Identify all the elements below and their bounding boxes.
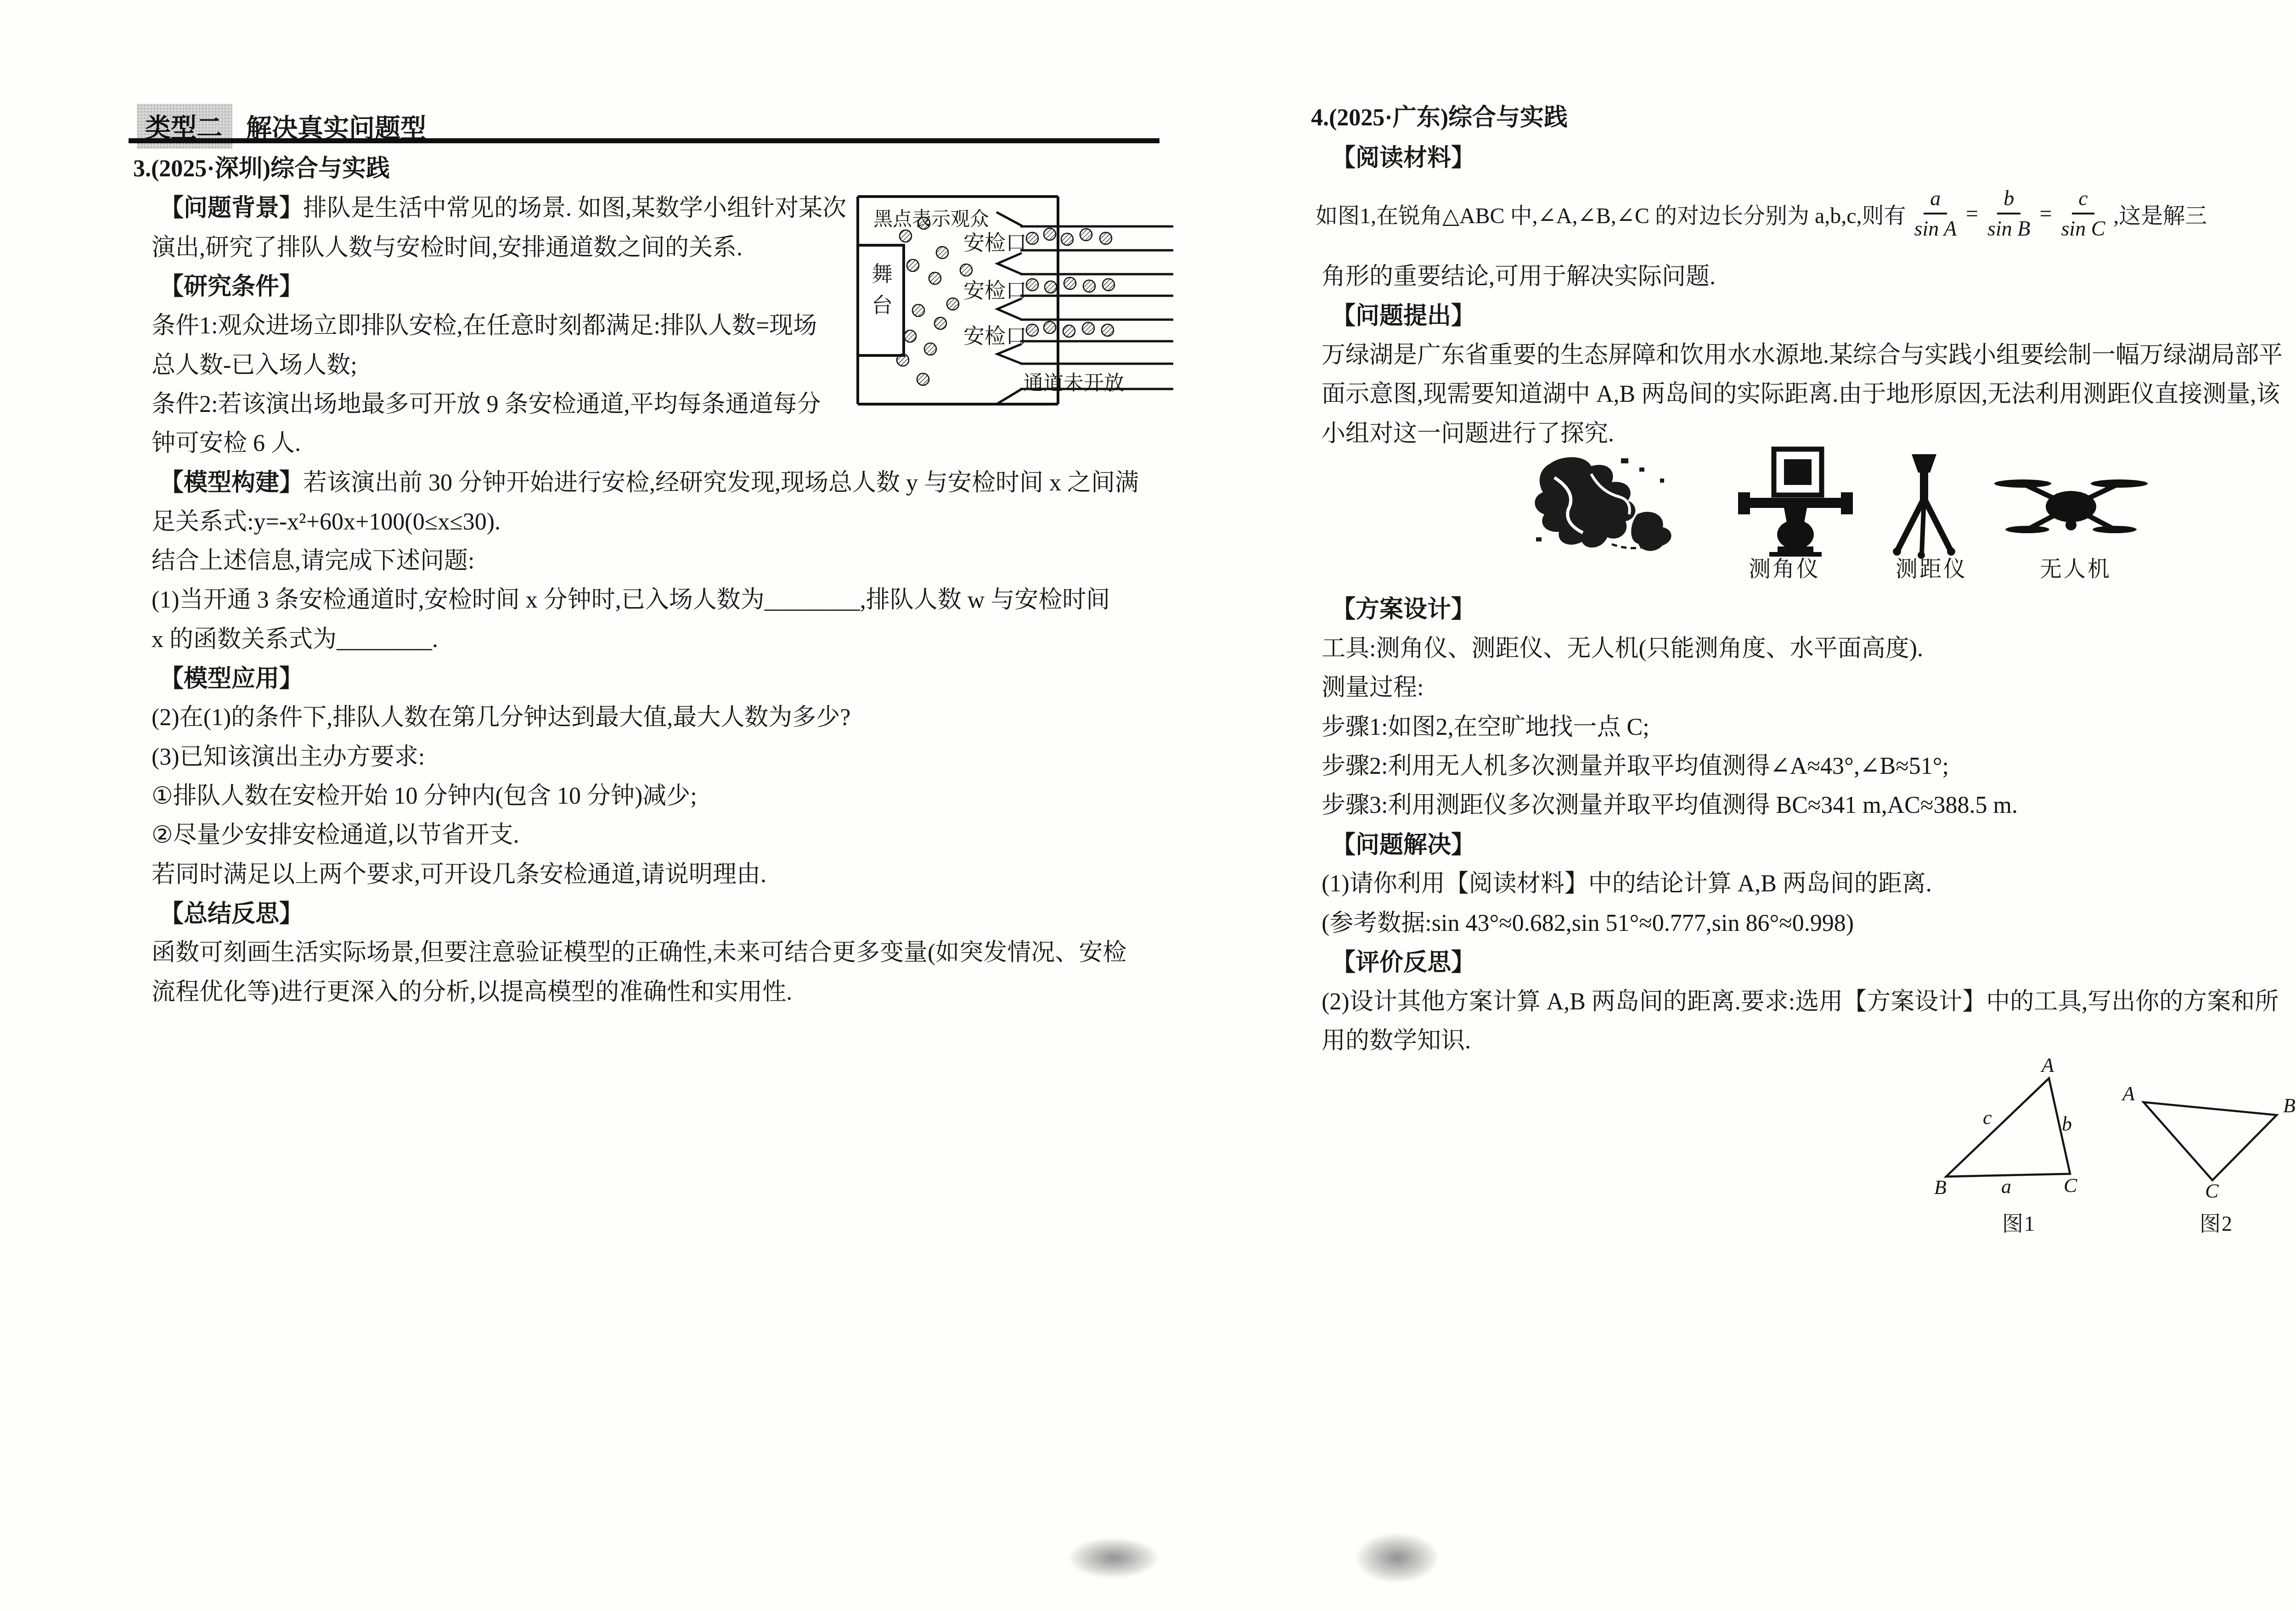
formula-line: 足关系式:y=-x²+60x+100(0≤x≤30).: [152, 507, 501, 537]
text-line: 若同时满足以上两个要求,可开设几条安检通道,请说明理由.: [152, 860, 766, 890]
lake-map-image: [1522, 450, 1706, 558]
text: 若该演出前 30 分钟开始进行安检,经研究发现,现场总人数 y 与安检时间 x …: [303, 470, 1139, 496]
distance-meter-label: 测距仪: [1896, 551, 1967, 583]
requirement-1-line: ①排队人数在安检开始 10 分钟内(包含 10 分钟)减少;: [152, 782, 697, 811]
text-line: 条件2:若该演出场地最多可开放 9 条安检通道,平均每条通道每分: [152, 390, 821, 419]
problem-solving-label: 【问题解决】: [1332, 830, 1475, 860]
question-1-line: (1)当开通 3 条安检通道时,安检时间 x 分钟时,已入场人数为_______…: [152, 586, 1110, 615]
question-1-continued: x 的函数关系式为________.: [152, 625, 438, 654]
figure-2-triangle: A B C: [2108, 1070, 2296, 1199]
vertex-A-label: A: [2121, 1082, 2135, 1105]
text-line: 演出,研究了排队人数与安检时间,安排通道数之间的关系.: [152, 233, 743, 263]
text-line: 小组对这一问题进行了探究.: [1322, 419, 1614, 449]
vertex-C-label: C: [2205, 1180, 2219, 1199]
scan-smudge: [1070, 1538, 1157, 1577]
text-line: 函数可刻画生活实际场景,但要注意验证模型的正确性,未来可结合更多变量(如突发情况…: [152, 938, 1126, 968]
equals-sign: =: [1966, 201, 1978, 226]
denominator: sin C: [2058, 214, 2108, 241]
model-build-line: 【模型构建】若该演出前 30 分钟开始进行安检,经研究发现,现场总人数 y 与安…: [160, 468, 1139, 498]
angle-meter-label: 测角仪: [1749, 551, 1820, 583]
problem-3-heading: 3.(2025·深圳)综合与实践: [133, 154, 390, 184]
step-3-line: 步骤3:利用测距仪多次测量并取平均值测得 BC≈341 m,AC≈388.5 m…: [1322, 791, 2018, 820]
step-1-line: 步骤1:如图2,在空旷地找一点 C;: [1322, 713, 1649, 742]
text-line: 条件1:观众进场立即排队安检,在任意时刻都满足:排队人数=现场: [152, 311, 817, 341]
question-1-line: (1)请你利用【阅读材料】中的结论计算 A,B 两岛间的距离.: [1322, 869, 1932, 899]
queue-diagram: 黑点表示观众 舞台 安检口 安检口 安检口 通道未开放: [854, 194, 1173, 410]
gate-label-1: 安检口: [963, 226, 1027, 256]
step-2-line: 步骤2:利用无人机多次测量并取平均值测得∠A≈43°,∠B≈51°;: [1322, 752, 1949, 781]
question-2-continued: 用的数学知识.: [1322, 1026, 1471, 1056]
question-3-line: (3)已知该演出主办方要求:: [152, 743, 425, 772]
reading-material-label: 【阅读材料】: [1332, 143, 1475, 173]
text: 排队是生活中常见的场景. 如图,某数学小组针对某次: [303, 195, 846, 221]
fraction-b-sinB: bsin B: [1985, 186, 2033, 241]
scanned-workbook-page: 类型二 解决真实问题型 3.(2025·深圳)综合与实践 【问题背景】排队是生活…: [0, 0, 2296, 1611]
stage-label: 舞台: [865, 263, 895, 325]
figure-1-caption: 图1: [2002, 1207, 2036, 1237]
bracket-label: 【模型构建】: [160, 469, 303, 496]
figure-2-caption: 图2: [2200, 1207, 2233, 1237]
bracket-label: 【问题背景】: [160, 195, 303, 221]
question-2-line: (2)在(1)的条件下,排队人数在第几分钟达到最大值,最大人数为多少?: [152, 703, 850, 732]
text: ,这是解三: [2113, 198, 2207, 230]
closed-lane-label: 通道未开放: [1023, 366, 1124, 396]
side-a-label: a: [2001, 1175, 2011, 1198]
text-line: 总人数-已入场人数;: [152, 351, 357, 380]
side-b-label: b: [2062, 1113, 2072, 1135]
problem-statement-label: 【问题提出】: [1332, 301, 1475, 331]
angle-meter-image: [1738, 446, 1853, 560]
text-line: 流程优化等)进行更深入的分析,以提高模型的准确性和实用性.: [152, 978, 792, 1007]
denominator: sin A: [1912, 214, 1959, 241]
vertex-B-label: B: [2283, 1094, 2296, 1117]
numerator: b: [1997, 186, 2020, 214]
vertex-B-label: B: [1934, 1176, 1947, 1199]
reference-data-line: (参考数据:sin 43°≈0.682,sin 51°≈0.777,sin 86…: [1322, 909, 1854, 938]
vertex-C-label: C: [2064, 1174, 2077, 1197]
vertex-A-label: A: [2040, 1054, 2054, 1076]
fraction-c-sinC: csin C: [2058, 186, 2108, 241]
gate-label-3: 安检口: [963, 319, 1027, 349]
research-conditions-label: 【研究条件】: [160, 272, 303, 301]
text-line: 万绿湖是广东省重要的生态屏障和饮用水水源地.某综合与实践小组要绘制一幅万绿湖局部…: [1322, 341, 2283, 370]
figure-1-triangle: A B C c b a: [1924, 1052, 2089, 1199]
side-c-label: c: [1983, 1106, 1992, 1129]
model-apply-label: 【模型应用】: [160, 664, 303, 693]
text-line: 钟可安检 6 人.: [152, 429, 301, 458]
drone-image: [1988, 466, 2154, 544]
requirement-2-line: ②尽量少安排安检通道,以节省开支.: [152, 821, 519, 850]
header-rule: [129, 138, 1159, 143]
distance-meter-image: [1890, 452, 1958, 560]
evaluation-label: 【评价反思】: [1332, 948, 1475, 977]
text-line: 测量过程:: [1322, 673, 1424, 703]
summary-label: 【总结反思】: [160, 899, 303, 929]
sine-rule-line: 如图1,在锐角△ABC 中,∠A,∠B,∠C 的对边长分别为 a,b,c,则有 …: [1316, 184, 2207, 243]
problem-4-heading: 4.(2025·广东)综合与实践: [1311, 103, 1568, 133]
text: 如图1,在锐角△ABC 中,∠A,∠B,∠C 的对边长分别为 a,b,c,则有: [1316, 198, 1906, 230]
plan-design-label: 【方案设计】: [1332, 595, 1475, 624]
text-line: 面示意图,现需要知道湖中 A,B 两岛间的实际距离.由于地形原因,无法利用测距仪…: [1322, 380, 2280, 409]
equals-sign: =: [2039, 201, 2052, 226]
text-line: 角形的重要结论,可用于解决实际问题.: [1322, 262, 1716, 292]
scan-smudge: [1357, 1534, 1437, 1582]
numerator: a: [1924, 186, 1947, 214]
text-line: 结合上述信息,请完成下述问题:: [152, 546, 474, 576]
numerator: c: [2072, 186, 2094, 214]
tools-line: 工具:测角仪、测距仪、无人机(只能测角度、水平面高度).: [1322, 634, 1923, 664]
denominator: sin B: [1985, 214, 2033, 241]
drone-label: 无人机: [2040, 551, 2111, 583]
fraction-a-sinA: asin A: [1912, 186, 1959, 241]
problem-background-line: 【问题背景】排队是生活中常见的场景. 如图,某数学小组针对某次: [160, 193, 846, 223]
question-2-line: (2)设计其他方案计算 A,B 两岛间的距离.要求:选用【方案设计】中的工具,写…: [1322, 987, 2279, 1017]
gate-label-2: 安检口: [963, 274, 1027, 304]
